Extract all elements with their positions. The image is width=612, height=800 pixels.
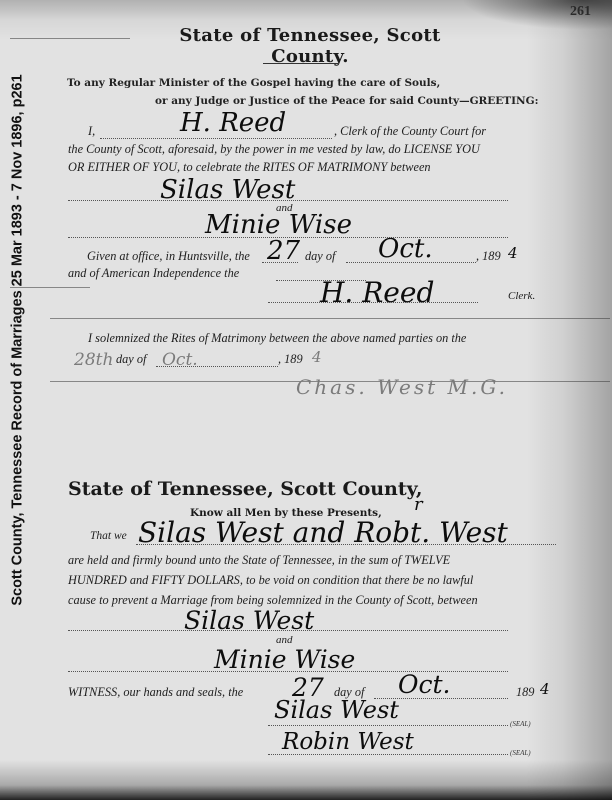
seal-line-1 (268, 725, 508, 726)
signature-robin-west: Robin West (282, 729, 414, 755)
clerk-label: Clerk. (508, 290, 535, 302)
section-rule (50, 318, 610, 319)
witness-text: WITNESS, our hands and seals, the (68, 685, 243, 700)
solemnization-statement: I solemnized the Rites of Matrimony betw… (88, 331, 466, 346)
clerk-of-text: , Clerk of the County Court for (334, 124, 486, 139)
day-of-text: day of (305, 249, 335, 264)
license-title: State of Tennessee, Scott County. (140, 25, 480, 67)
title-underline (263, 63, 338, 64)
seal-label-2: (SEAL) (510, 749, 531, 757)
bond-mark: r (414, 494, 423, 515)
bond-bride-handwritten: Minie Wise (214, 645, 355, 674)
solemn-day-handwritten: 28th (74, 350, 113, 370)
given-at-text: Given at office, in Huntsville, the (87, 249, 250, 264)
bond-line-2: are held and firmly bound unto the State… (68, 553, 450, 568)
solemn-year-digit: 4 (312, 348, 322, 366)
greeting-line-1: To any Regular Minister of the Gospel ha… (67, 77, 440, 89)
groom-line (68, 200, 508, 201)
side-label: Scott County, Tennessee Record of Marria… (4, 0, 32, 680)
day-handwritten: 27 (267, 236, 300, 266)
signature-line (268, 302, 478, 303)
seal-label-1: (SEAL) (510, 720, 531, 728)
license-line-2: the County of Scott, aforesaid, by the p… (68, 142, 480, 157)
bond-line-3: HUNDRED and FIFTY DOLLARS, to be void on… (68, 573, 473, 588)
bondsmen-handwritten: Silas West and Robt. West (138, 516, 508, 549)
officiant-signature: Chas. West M.G. (296, 375, 508, 399)
page-number: 261 (570, 4, 591, 20)
record-caption: Scott County, Tennessee Record of Marria… (10, 74, 26, 605)
witness-month-handwritten: Oct. (398, 670, 451, 699)
decorative-rule (10, 287, 90, 288)
document-page: 261 Scott County, Tennessee Record of Ma… (0, 0, 612, 800)
license-line-3: OR EITHER OF YOU, to celebrate the RITES… (68, 160, 431, 175)
seal-line-2 (268, 754, 508, 755)
witness-year-prefix: 189 (516, 685, 534, 700)
solemn-month-handwritten: Oct. (162, 350, 198, 370)
month-handwritten: Oct. (378, 234, 433, 264)
bond-title: State of Tennessee, Scott County, (68, 478, 422, 500)
witness-year-digit: 4 (540, 680, 550, 698)
clerk-name-line (100, 138, 332, 139)
signature-silas-west: Silas West (274, 696, 399, 724)
clerk-signature: H. Reed (320, 276, 434, 309)
bond-groom-line (68, 630, 508, 631)
greeting-line-2: or any Judge or Justice of the Peace for… (155, 95, 538, 107)
solemn-day-of: day of (116, 352, 146, 367)
year-prefix: , 189 (476, 249, 501, 264)
solemn-year-prefix: , 189 (278, 352, 303, 367)
clerk-intro: I, (88, 124, 95, 139)
that-we-text: That we (90, 530, 127, 542)
independence-text: and of American Independence the (68, 266, 239, 281)
year-digit-handwritten: 4 (508, 244, 518, 262)
decorative-rule (10, 38, 130, 39)
clerk-name-handwritten: H. Reed (180, 108, 286, 138)
